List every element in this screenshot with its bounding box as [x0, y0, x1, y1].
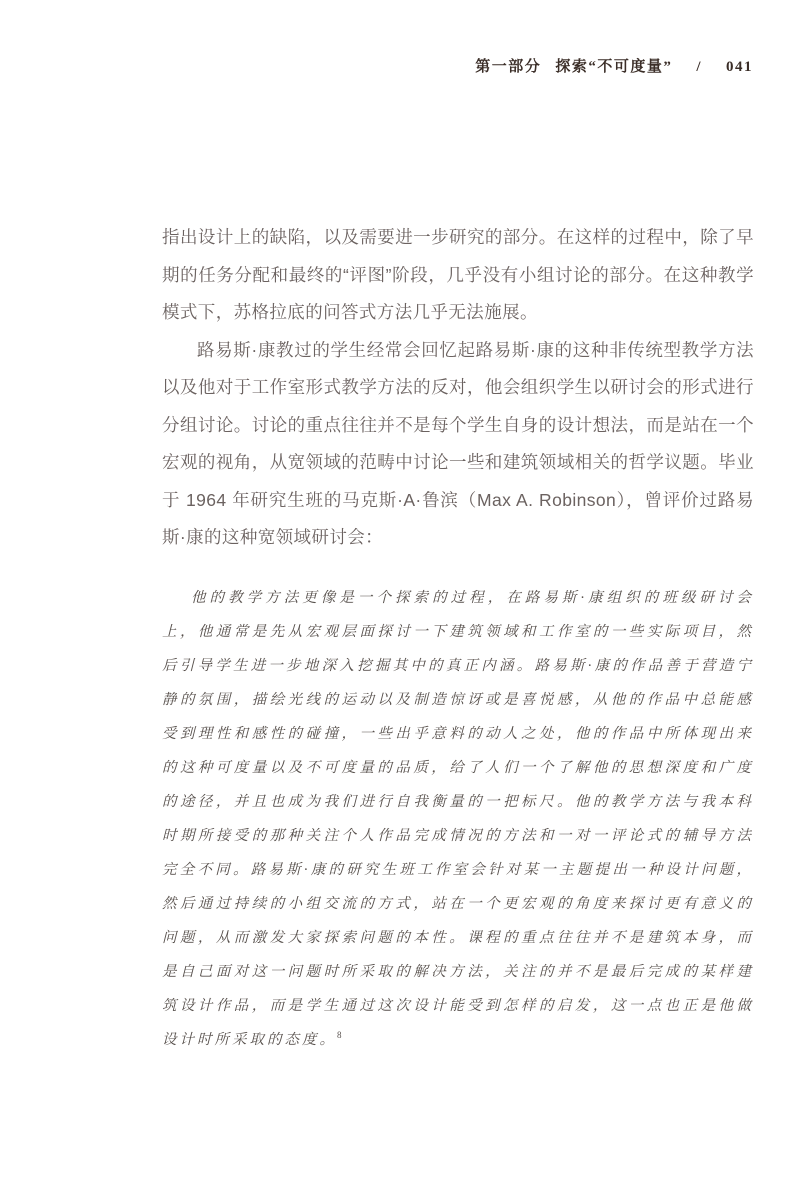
chapter-title: 探索“不可度量” — [555, 55, 672, 76]
body-paragraph: 指出设计上的缺陷，以及需要进一步研究的部分。在这样的过程中，除了早期的任务分配和… — [162, 219, 754, 332]
part-label: 第一部分 — [475, 55, 541, 76]
body-paragraph: 路易斯·康教过的学生经常会回忆起路易斯·康的这种非传统型教学方法以及他对于工作室… — [162, 332, 754, 557]
text-column: 指出设计上的缺陷，以及需要进一步研究的部分。在这样的过程中，除了早期的任务分配和… — [162, 219, 754, 1057]
running-header: 第一部分 探索“不可度量” / 041 — [475, 55, 753, 76]
quote-text: 他的教学方法更像是一个探索的过程，在路易斯·康组织的班级研讨会上，他通常是先从宏… — [162, 590, 754, 1048]
book-page: 第一部分 探索“不可度量” / 041 指出设计上的缺陷，以及需要进一步研究的部… — [0, 0, 809, 1200]
block-quote: 他的教学方法更像是一个探索的过程，在路易斯·康组织的班级研讨会上，他通常是先从宏… — [162, 581, 754, 1057]
header-separator: / — [696, 59, 702, 76]
page-number: 041 — [726, 59, 753, 76]
footnote-marker: 8 — [337, 1030, 342, 1040]
